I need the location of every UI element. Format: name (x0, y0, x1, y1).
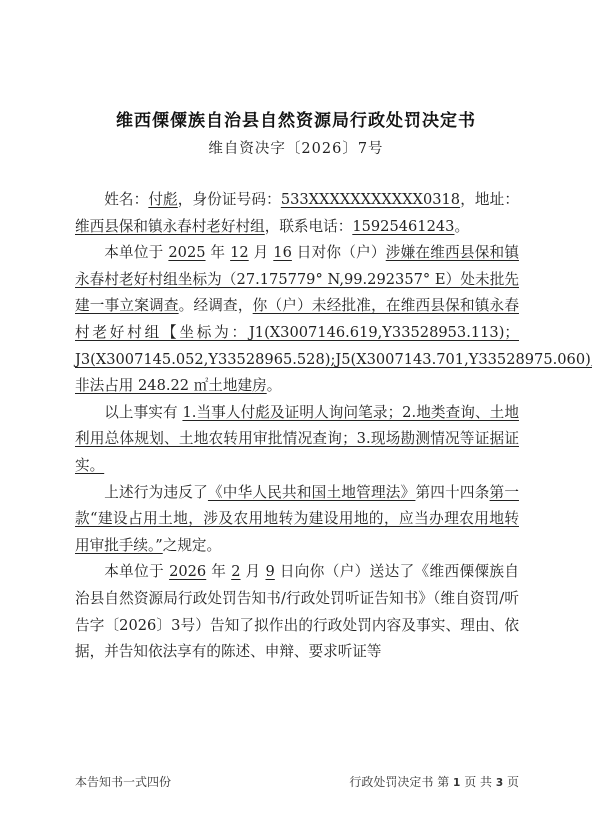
text: 日对你（户） (297, 244, 386, 261)
evidence-paragraph: 以上事实有 1.当事人付彪及证明人询问笔录；2.地类查询、土地利用总体规划、土地… (75, 400, 519, 480)
party-address: 维西县保和镇永春村老好村组 (75, 218, 265, 235)
total-pages: 3 (496, 777, 503, 789)
party-name: 付彪 (148, 191, 177, 208)
text: 页 (507, 775, 519, 789)
text: 月 (254, 244, 269, 261)
document-title: 维西傈僳族自治县自然资源局行政处罚决定书 (0, 106, 592, 131)
law-name: 《中华人民共和国土地管理法》 (208, 484, 416, 501)
page-footer: 本告知书一式四份 行政处罚决定书 第 1 页 共 3 页 (75, 773, 519, 790)
party-info-paragraph: 姓名：付彪，身份证号码：533XXXXXXXXXXX0318，地址：维西县保和镇… (75, 187, 519, 240)
text: 月 (246, 563, 261, 580)
current-page: 1 (453, 777, 460, 789)
text: 本单位于 (104, 244, 163, 261)
investigation-year: 2025 (168, 244, 205, 261)
document-page: 维西傈僳族自治县自然资源局行政处罚决定书 维自资决字〔2026〕7号 姓名：付彪… (0, 0, 592, 839)
text: 本单位于 (104, 563, 164, 580)
text: 以上事实有 (104, 404, 178, 421)
text: 年 (211, 563, 226, 580)
document-number: 维自资决字〔2026〕7号 (0, 137, 592, 158)
investigation-paragraph: 本单位于 2025 年 12 月 16 日对你（户）涉嫌在维西县保和镇永春村老好… (75, 240, 519, 400)
address-label: ，地址： (460, 191, 519, 208)
document-body: 姓名：付彪，身份证号码：533XXXXXXXXXXX0318，地址：维西县保和镇… (75, 187, 519, 666)
investigation-month: 12 (230, 244, 249, 261)
name-label: 姓名： (104, 191, 148, 208)
text: 年 (210, 244, 225, 261)
text: 。经调查， (179, 297, 253, 314)
violation-paragraph: 上述行为违反了《中华人民共和国土地管理法》第四十四条第一款“建设占用土地，涉及农… (75, 480, 519, 560)
copies-note: 本告知书一式四份 (75, 773, 171, 790)
punctuation: 。 (267, 377, 282, 394)
party-id-number: 533XXXXXXXXXXX0318 (281, 191, 460, 208)
party-phone: 15925461243 (352, 218, 454, 235)
punctuation: 。 (454, 218, 469, 235)
text: 上述行为违反了 (104, 484, 208, 501)
text: 之规定。 (163, 537, 221, 554)
text: 页 共 (464, 775, 492, 789)
page-indicator: 行政处罚决定书 第 1 页 共 3 页 (349, 773, 519, 790)
text: 行政处罚决定书 第 (349, 775, 449, 789)
notice-year: 2026 (169, 563, 206, 580)
investigation-day: 16 (273, 244, 292, 261)
id-label: ，身份证号码： (178, 191, 281, 208)
notice-paragraph: 本单位于 2026 年 2 月 9 日向你（户）送达了《维西傈僳族自治县自然资源… (75, 559, 519, 665)
notice-month: 2 (231, 563, 240, 580)
notice-day: 9 (266, 563, 275, 580)
phone-label: ，联系电话： (265, 218, 353, 235)
law-article: 第四十四条 (415, 484, 489, 501)
